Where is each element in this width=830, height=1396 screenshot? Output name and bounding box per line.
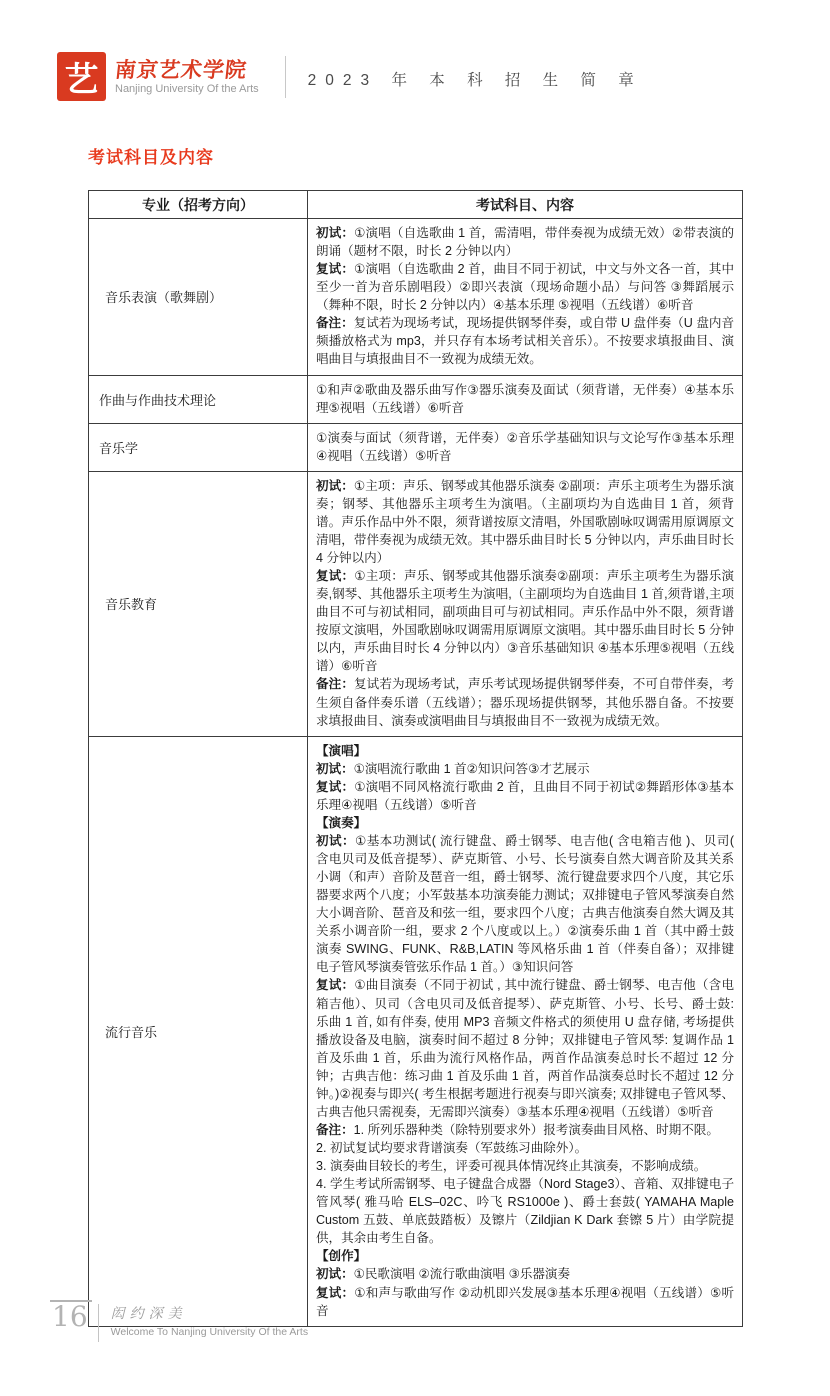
exam-paragraph: 复试：①曲目演奏（不同于初试 , 其中流行键盘、爵士钢琴、电吉他（含电箱吉他）、…	[316, 976, 734, 1121]
table-row: 流行音乐 【演唱】 初试：①演唱流行歌曲 1 首②知识问答③才艺展示 复试：①演…	[89, 736, 743, 1326]
exam-paragraph: 初试：①演唱流行歌曲 1 首②知识问答③才艺展示	[316, 760, 734, 778]
page-footer: 16 闳约深美 Welcome To Nanjing University Of…	[50, 1300, 308, 1342]
exam-paragraph: 初试：①民歌演唱 ②流行歌曲演唱 ③乐器演奏	[316, 1265, 734, 1283]
table-header-row: 专业（招考方向） 考试科目、内容	[89, 191, 743, 219]
exam-paragraph: 复试：①演唱（自选歌曲 2 首，曲目不同于初试，中文与外文各一首，其中至少一首为…	[316, 260, 734, 314]
table-row: 音乐学 ①演奏与面试（须背谱，无伴奏）②音乐学基础知识与文论写作③基本乐理④视唱…	[89, 423, 743, 471]
exam-paragraph: 【创作】	[316, 1247, 734, 1265]
header-divider	[285, 56, 286, 98]
exam-paragraph: 备注：1. 所列乐器种类（除特别要求外）报考演奏曲目风格、时期不限。	[316, 1121, 734, 1139]
section-title: 考试科目及内容	[88, 143, 830, 168]
major-name: 音乐表演（歌舞剧）	[89, 219, 308, 376]
table-row: 音乐教育 初试：①主项：声乐、钢琴或其他器乐演奏 ②副项：声乐主项考生为器乐演奏…	[89, 471, 743, 736]
major-name: 音乐学	[89, 423, 308, 471]
exam-paragraph: 初试：①演唱（自选歌曲 1 首，需清唱，带伴奏视为成绩无效）②带表演的朗诵（题材…	[316, 224, 734, 260]
university-name-en: Nanjing University Of the Arts	[115, 83, 259, 95]
exam-paragraph: 3. 演奏曲目较长的考生，评委可视具体情况终止其演奏，不影响成绩。	[316, 1157, 734, 1175]
exam-paragraph: 【演唱】	[316, 742, 734, 760]
exam-paragraph: 复试：①和声与歌曲写作 ②动机即兴发展③基本乐理④视唱（五线谱）⑤听音	[316, 1284, 734, 1320]
exam-content: 【演唱】 初试：①演唱流行歌曲 1 首②知识问答③才艺展示 复试：①演唱不同风格…	[308, 736, 743, 1326]
logo-text: 南京艺术学院 Nanjing University Of the Arts	[115, 58, 259, 95]
major-name: 音乐教育	[89, 471, 308, 736]
university-seal-icon: 艺	[57, 52, 106, 101]
exam-paragraph: 【演奏】	[316, 814, 734, 832]
exam-content: 初试：①主项：声乐、钢琴或其他器乐演奏 ②副项：声乐主项考生为器乐演奏；钢琴、其…	[308, 471, 743, 736]
exam-paragraph: 初试：①主项：声乐、钢琴或其他器乐演奏 ②副项：声乐主项考生为器乐演奏；钢琴、其…	[316, 477, 734, 567]
exam-paragraph: ①演奏与面试（须背谱，无伴奏）②音乐学基础知识与文论写作③基本乐理④视唱（五线谱…	[316, 429, 734, 465]
exam-content: ①演奏与面试（须背谱，无伴奏）②音乐学基础知识与文论写作③基本乐理④视唱（五线谱…	[308, 423, 743, 471]
exam-content: ①和声②歌曲及器乐曲写作③器乐演奏及面试（须背谱，无伴奏）④基本乐理⑤视唱（五线…	[308, 375, 743, 423]
footer-welcome-text: Welcome To Nanjing University Of the Art…	[111, 1326, 308, 1338]
column-header-major: 专业（招考方向）	[89, 191, 308, 219]
footer-text: 闳约深美 Welcome To Nanjing University Of th…	[111, 1300, 308, 1338]
exam-paragraph: 复试：①演唱不同风格流行歌曲 2 首，且曲目不同于初试②舞蹈形体③基本乐理④视唱…	[316, 778, 734, 814]
exam-paragraph: 备注：复试若为现场考试，声乐考试现场提供钢琴伴奏，不可自带伴奏，考生须自备伴奏乐…	[316, 675, 734, 729]
exam-paragraph: 2. 初试复试均要求背谱演奏（军鼓练习曲除外）。	[316, 1139, 734, 1157]
exam-paragraph: 初试：①基本功测试( 流行键盘、爵士钢琴、电吉他( 含电箱吉他 )、贝司( 含电…	[316, 832, 734, 977]
university-logo: 艺 南京艺术学院 Nanjing University Of the Arts	[57, 52, 259, 101]
exam-subjects-table: 专业（招考方向） 考试科目、内容 音乐表演（歌舞剧） 初试：①演唱（自选歌曲 1…	[88, 190, 743, 1327]
table-row: 作曲与作曲技术理论 ①和声②歌曲及器乐曲写作③器乐演奏及面试（须背谱，无伴奏）④…	[89, 375, 743, 423]
major-name: 流行音乐	[89, 736, 308, 1326]
brochure-title: 2023 年 本 科 招 生 简 章	[308, 64, 643, 90]
exam-paragraph: 复试：①主项：声乐、钢琴或其他器乐演奏②副项：声乐主项考生为器乐演奏,钢琴、其他…	[316, 567, 734, 675]
exam-paragraph: ①和声②歌曲及器乐曲写作③器乐演奏及面试（须背谱，无伴奏）④基本乐理⑤视唱（五线…	[316, 381, 734, 417]
footer-divider	[98, 1304, 99, 1342]
exam-content: 初试：①演唱（自选歌曲 1 首，需清唱，带伴奏视为成绩无效）②带表演的朗诵（题材…	[308, 219, 743, 376]
page-header: 艺 南京艺术学院 Nanjing University Of the Arts …	[0, 0, 830, 101]
column-header-content: 考试科目、内容	[308, 191, 743, 219]
major-name: 作曲与作曲技术理论	[89, 375, 308, 423]
page-number: 16	[50, 1300, 92, 1335]
university-motto: 闳约深美	[111, 1303, 308, 1323]
exam-paragraph: 备注：复试若为现场考试，现场提供钢琴伴奏，或自带 U 盘伴奏（U 盘内音频播放格…	[316, 314, 734, 368]
exam-paragraph: 4. 学生考试所需钢琴、电子键盘合成器（Nord Stage3）、音箱、双排键电…	[316, 1175, 734, 1247]
university-name-cn: 南京艺术学院	[114, 58, 260, 81]
table-row: 音乐表演（歌舞剧） 初试：①演唱（自选歌曲 1 首，需清唱，带伴奏视为成绩无效）…	[89, 219, 743, 376]
